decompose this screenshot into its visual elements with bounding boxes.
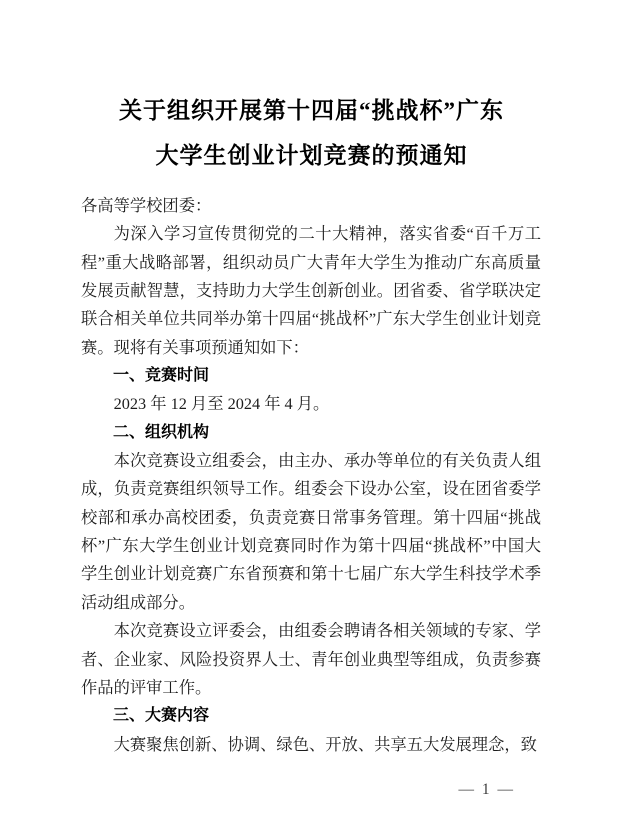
document-page: 关于组织开展第十四届“挑战杯”广东 大学生创业计划竞赛的预通知 各高等学校团委：… xyxy=(0,0,623,835)
title-line-1: 关于组织开展第十四届“挑战杯”广东 xyxy=(0,88,623,133)
title-line-2: 大学生创业计划竞赛的预通知 xyxy=(0,133,623,178)
paragraph-judging-committee: 本次竞赛设立评委会，由组委会聘请各相关领域的专家、学者、企业家、风险投资界人士、… xyxy=(81,617,541,702)
paragraph-competition-time: 2023 年 12 月至 2024 年 4 月。 xyxy=(81,390,541,418)
document-body: 各高等学校团委： 为深入学习宣传贯彻党的二十大精神，落实省委“百千万工程”重大战… xyxy=(81,192,541,759)
paragraph-intro: 为深入学习宣传贯彻党的二十大精神，落实省委“百千万工程”重大战略部署，组织动员广… xyxy=(81,220,541,362)
paragraph-contest-content: 大赛聚焦创新、协调、绿色、开放、共享五大发展理念，致 xyxy=(81,731,541,759)
section-heading-contest-content: 三、大赛内容 xyxy=(81,702,541,730)
section-heading-organization: 二、组织机构 xyxy=(81,419,541,447)
section-heading-competition-time: 一、竞赛时间 xyxy=(81,362,541,390)
page-number: — 1 — xyxy=(459,781,516,799)
salutation: 各高等学校团委： xyxy=(81,192,541,220)
paragraph-organizing-committee: 本次竞赛设立组委会，由主办、承办等单位的有关负责人组成，负责竞赛组织领导工作。组… xyxy=(81,447,541,617)
document-title: 关于组织开展第十四届“挑战杯”广东 大学生创业计划竞赛的预通知 xyxy=(0,0,623,178)
